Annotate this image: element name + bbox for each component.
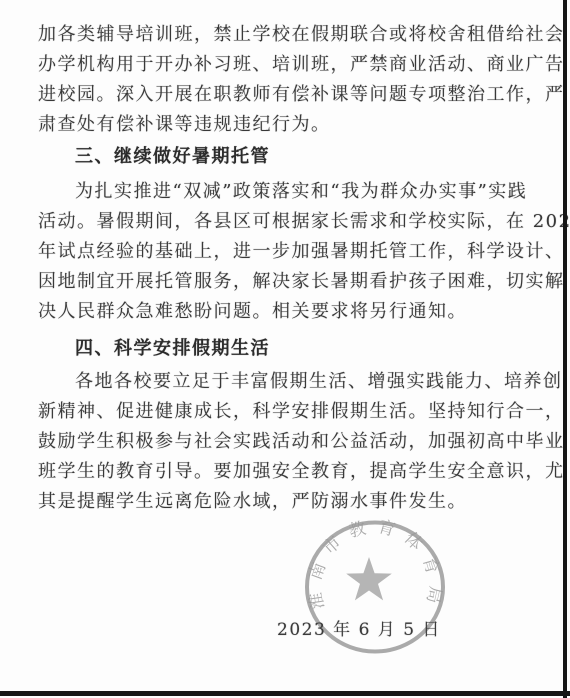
section-heading-3: 三、继续做好暑期托管 [38, 140, 534, 173]
body-line: 肃查处有偿补课等违规违纪行为。 [38, 110, 534, 140]
body-line: 各地各校要立足于丰富假期生活、增强实践能力、培养创 [38, 367, 534, 397]
body-line: 加各类辅导培训班，禁止学校在假期联合或将校舍租借给社会 [38, 20, 534, 50]
scanned-document-page: 加各类辅导培训班，禁止学校在假期联合或将校舍租借给社会 办学机构用于开办补习班、… [0, 0, 570, 698]
body-line: 为扎实推进“双减”政策落实和“我为群众办实事”实践 [38, 177, 534, 207]
scan-edge-bottom [0, 691, 570, 696]
svg-text:淮南市教育体育局: 淮南市教育体育局 [305, 519, 446, 615]
body-line: 年试点经验的基础上，进一步加强暑期托管工作，科学设计、 [38, 237, 534, 267]
body-line: 决人民群众急难愁盼问题。相关要求将另行通知。 [38, 297, 534, 327]
body-line: 班学生的教育引导。要加强安全教育，提高学生安全意识，尤 [38, 457, 534, 487]
document-body: 加各类辅导培训班，禁止学校在假期联合或将校舍租借给社会 办学机构用于开办补习班、… [38, 20, 534, 517]
body-line: 新精神、促进健康成长，科学安排假期生活。坚持知行合一， [38, 397, 534, 427]
body-line: 其是提醒学生远离危险水域，严防溺水事件发生。 [38, 487, 534, 517]
body-line: 鼓励学生积极参与社会实践活动和公益活动，加强初高中毕业 [38, 427, 534, 457]
body-line: 因地制宜开展托管服务，解决家长暑期看护孩子困难，切实解 [38, 267, 534, 297]
scan-edge-right [563, 0, 567, 698]
star-icon [346, 557, 392, 600]
issue-date: 2023 年 6 月 5 日 [277, 615, 441, 640]
body-line: 进校园。深入开展在职教师有偿补课等问题专项整治工作，严 [38, 80, 534, 110]
section-heading-4: 四、科学安排假期生活 [38, 332, 534, 365]
body-line: 活动。暑假期间，各县区可根据家长需求和学校实际，在 2022 [38, 207, 534, 237]
seal-text: 淮南市教育体育局 [305, 519, 446, 615]
body-line: 办学机构用于开办补习班、培训班，严禁商业活动、商业广告 [38, 50, 534, 80]
